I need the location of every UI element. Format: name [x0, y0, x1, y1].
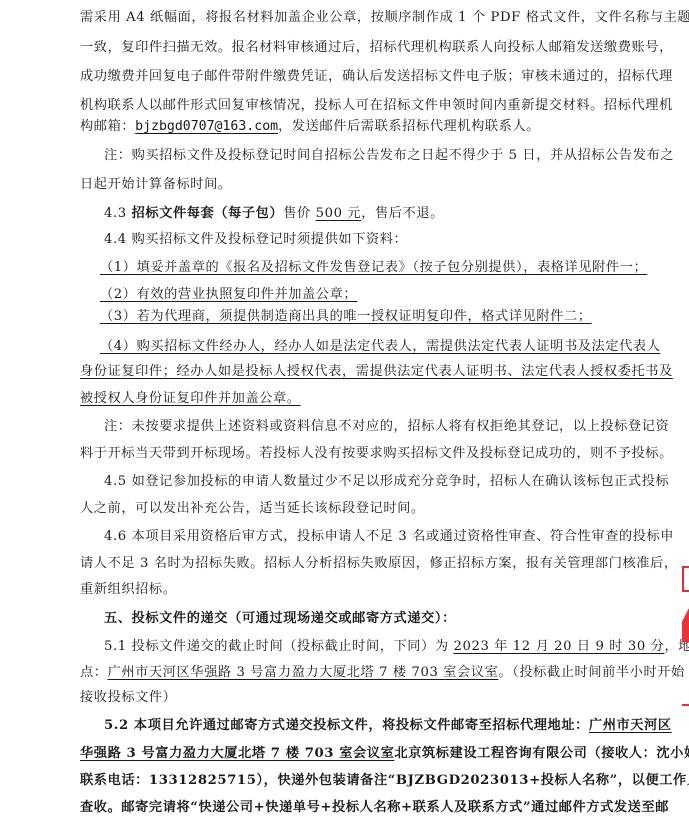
requirement-item: （3）若为代理商，须提供制造商出具的唯一授权证明复印件，格式详见附件二； — [100, 308, 592, 326]
price-mid: 售价 — [283, 206, 315, 221]
note-line: 注：未按要求提供上述资料或资料信息不对应的，招标人将有权拒绝其登记，以上投标登记… — [104, 418, 669, 436]
paragraph-line: 需采用 A4 纸幅面，将报名材料加盖企业公章，按顺序制作成 1 个 PDF 格式… — [80, 9, 689, 27]
mail-prefix: 5.2 本项目允许通过邮寄方式递交投标文件，将投标文件邮寄至招标代理地址： — [104, 718, 589, 733]
email-prefix: 构邮箱： — [80, 119, 135, 134]
price-label: 招标文件每套（每子包） — [132, 206, 284, 221]
seal-stamp-fragment — [682, 696, 689, 706]
price-end: ，售后不退。 — [361, 206, 444, 221]
requirement-item: 被授权人身份证复印件并加盖公章。 — [80, 390, 301, 408]
paragraph-line: 成功缴费并回复电子邮件带附件缴费凭证，确认后发送招标文件电子版；审核未通过的，招… — [80, 68, 673, 86]
seal-stamp-fragment — [682, 608, 689, 642]
section-4-3: 4.3 招标文件每套（每子包）售价 500 元，售后不退。 — [104, 205, 444, 223]
location-value: 广州市天河区华强路 3 号富力盈力大厦北塔 7 楼 703 室会议室 — [108, 665, 499, 680]
email-link[interactable]: bjzbgd0707@163.com — [135, 119, 278, 134]
paragraph-line: 机构联系人以邮件形式回复审核情况，投标人可在招标文件申领时间内重新提交材料。招标… — [80, 97, 673, 115]
note-line: 日起开始计算备标时间。 — [80, 176, 232, 194]
section-5-2: 联系电话：13312825715），快递外包装请备注“BJZBGD2023013… — [80, 772, 689, 790]
mail-address: 华强路 3 号富力盈力大厦北塔 7 楼 703 室会议室 — [80, 746, 394, 761]
section-5-1: 接收投标文件） — [80, 689, 177, 707]
section-5-1: 点：广州市天河区华强路 3 号富力盈力大厦北塔 7 楼 703 室会议室。（投标… — [80, 664, 685, 682]
requirement-item: （4）购买招标文件经办人，经办人如是法定代表人，需提供法定代表人证明书及法定代表… — [100, 338, 661, 356]
section-4-4: 4.4 购买招标文件及投标登记时须提供如下资料： — [104, 231, 407, 249]
note-line: 注：购买招标文件及投标登记时间自招标公告发布之日起不得少于 5 日，并从招标公告… — [104, 147, 674, 165]
requirement-item: （1）填妥并盖章的《报名及招标文件发售登记表》（按子包分别提供），表格详见附件一… — [100, 259, 647, 277]
section-number: 4.3 — [104, 206, 132, 221]
section-4-6: 4.6 本项目采用资格后审方式，投标申请人不足 3 名或通过资格性审查、符合性审… — [104, 528, 674, 546]
location-suffix: 。（投标截止时间前半小时开始 — [498, 665, 684, 680]
price-value: 500 元 — [316, 206, 362, 221]
email-line: 构邮箱：bjzbgd0707@163.com，发送邮件后需联系招标代理机构联系人… — [80, 118, 540, 136]
section-5-2: 华强路 3 号富力盈力大厦北塔 7 楼 703 室会议室北京筑标建设工程咨询有限… — [80, 745, 689, 763]
email-suffix: ，发送邮件后需联系招标代理机构联系人。 — [278, 119, 540, 134]
paragraph-line: 一致，复印件扫描无效。报名材料审核通过后，招标代理机构联系人向投标人邮箱发送缴费… — [80, 39, 673, 57]
section-5-2: 查收。邮寄完请将“快递公司+快递单号+投标人名称+联系人及联系方式”通过邮件方式… — [80, 799, 669, 817]
section-5-heading: 五、投标文件的递交（可通过现场递交或邮寄方式递交）： — [104, 610, 456, 628]
section-5-2: 5.2 本项目允许通过邮寄方式递交投标文件，将投标文件邮寄至招标代理地址：广州市… — [104, 717, 672, 735]
document-page: 需采用 A4 纸幅面，将报名材料加盖企业公章，按顺序制作成 1 个 PDF 格式… — [0, 0, 689, 823]
seal-stamp-fragment — [682, 566, 689, 592]
note-line: 料于开标当天带到开标现场。若投标人没有按要求购买招标文件及投标登记成功的，则不予… — [80, 445, 673, 463]
deadline-value: 2023 年 12 月 20 日 9 时 30 分 — [453, 639, 664, 654]
mail-recipient: 北京筑标建设工程咨询有限公司（接收人：沈小姐； — [394, 746, 689, 761]
section-4-5: 人之前，可以发出补充公告，适当延长该标段登记时间。 — [80, 500, 425, 518]
requirement-item: 身份证复印件；经办人如是投标人授权代表，需提供法定代表人证明书、法定代表人授权委… — [80, 363, 673, 381]
section-4-5: 4.5 如登记参加投标的申请人数量过少不足以形成充分竞争时，招标人在确认该标包正… — [104, 473, 669, 491]
section-4-6: 请人不足 3 名时为招标失败。招标人分析招标失败原因，修正招标方案，报有关管理部… — [80, 555, 678, 573]
mail-address: 广州市天河区 — [589, 718, 672, 733]
requirement-item: （2）有效的营业执照复印件并加盖公章； — [100, 286, 357, 304]
section-4-6: 重新组织招标。 — [80, 581, 177, 599]
location-prefix: 点： — [80, 665, 108, 680]
deadline-prefix: 5.1 投标文件递交的截止时间（投标截止时间，下同）为 — [104, 639, 453, 654]
section-5-1: 5.1 投标文件递交的截止时间（投标截止时间，下同）为 2023 年 12 月 … — [104, 638, 689, 656]
